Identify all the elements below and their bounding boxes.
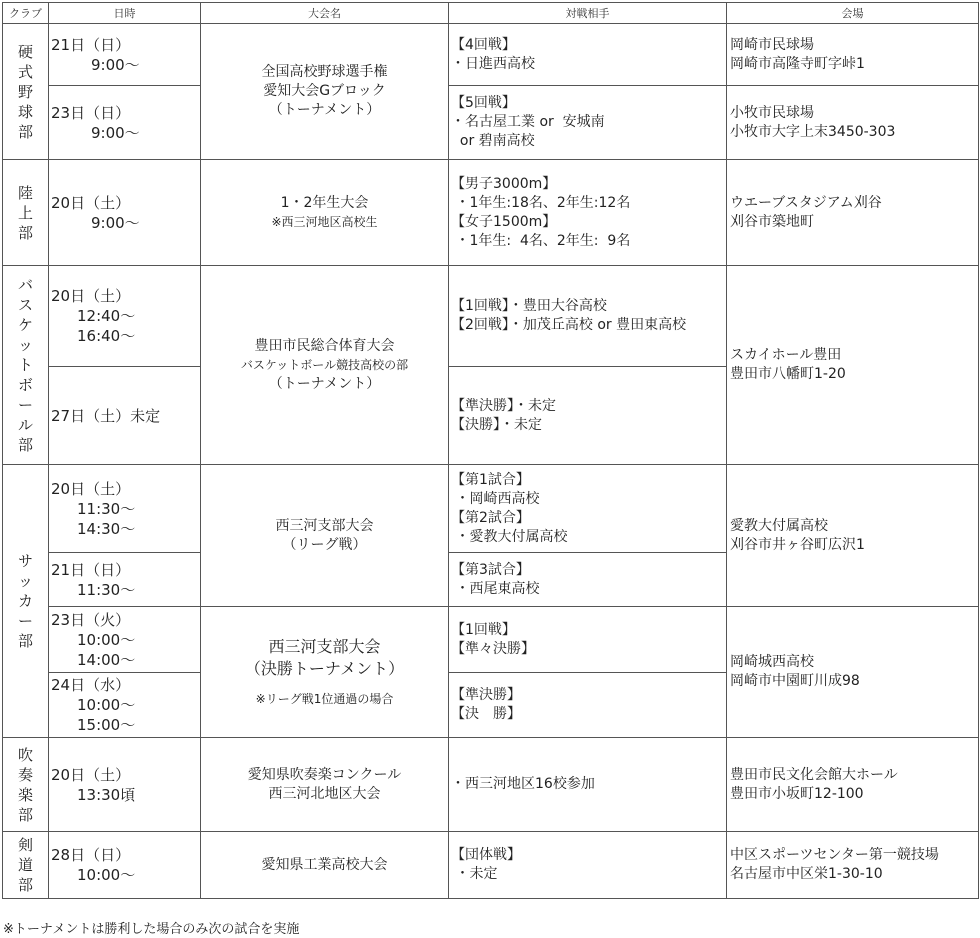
venue-cell: 豊田市民文化会館大ホール 豊田市小坂町12-100: [727, 738, 979, 832]
club-basketball: バ ス ケ ッ ト ボ ー ル 部: [3, 266, 49, 465]
datetime-cell: 23日（日）9:00～: [49, 86, 201, 160]
header-datetime: 日時: [49, 3, 201, 24]
venue-cell: ウエーブスタジアム刈谷 刈谷市築地町: [727, 160, 979, 266]
table-row: 陸 上 部 20日（土）9:00～ 1・2年生大会 ※西三河地区高校生 【男子3…: [3, 160, 979, 266]
venue-cell: スカイホール豊田 豊田市八幡町1-20: [727, 266, 979, 465]
club-track: 陸 上 部: [3, 160, 49, 266]
table-row: バ ス ケ ッ ト ボ ー ル 部 20日（土）12:40～16:40～ 豊田市…: [3, 266, 979, 367]
opponent-cell: 【1回戦】 【準々決勝】: [449, 607, 727, 673]
opponent-cell: 【団体戦】 ・未定: [449, 832, 727, 899]
event-cell: 愛知県工業高校大会: [201, 832, 449, 899]
header-event: 大会名: [201, 3, 449, 24]
venue-cell: 愛教大付属高校 刈谷市井ヶ谷町広沢1: [727, 465, 979, 607]
opponent-cell: 【準決勝】 【決 勝】: [449, 673, 727, 738]
opponent-cell: 【4回戦】 ・日進西高校: [449, 24, 727, 86]
header-club: クラブ: [3, 3, 49, 24]
table-row: サ ッ カ ー 部 20日（土）11:30～14:30～ 西三河支部大会 （リー…: [3, 465, 979, 553]
datetime-cell: 24日（水）10:00～15:00～: [49, 673, 201, 738]
event-cell: 1・2年生大会 ※西三河地区高校生: [201, 160, 449, 266]
opponent-cell: 【1回戦】・豊田大谷高校 【2回戦】・加茂丘高校 or 豊田東高校: [449, 266, 727, 367]
footnote: ※トーナメントは勝利した場合のみ次の試合を実施: [3, 918, 299, 937]
event-cell: 愛知県吹奏楽コンクール 西三河北地区大会: [201, 738, 449, 832]
event-cell: 西三河支部大会 （リーグ戦）: [201, 465, 449, 607]
opponent-cell: ・西三河地区16校参加: [449, 738, 727, 832]
schedule-table: クラブ 日時 大会名 対戦相手 会場 硬 式 野 球 部 21日（日）9:00～…: [2, 2, 979, 899]
event-cell: 西三河支部大会 （決勝トーナメント） ※リーグ戦1位通過の場合: [201, 607, 449, 738]
datetime-cell: 27日（土）未定: [49, 367, 201, 465]
opponent-cell: 【男子3000m】 ・1年生:18名、2年生:12名 【女子1500m】 ・1年…: [449, 160, 727, 266]
table-row: 硬 式 野 球 部 21日（日）9:00～ 全国高校野球選手権 愛知大会Gブロッ…: [3, 24, 979, 86]
event-cell: 豊田市民総合体育大会 バスケットボール競技高校の部 （トーナメント）: [201, 266, 449, 465]
venue-cell: 中区スポーツセンター第一競技場 名古屋市中区栄1-30-10: [727, 832, 979, 899]
venue-cell: 岡崎城西高校 岡崎市中園町川成98: [727, 607, 979, 738]
datetime-cell: 21日（日）9:00～: [49, 24, 201, 86]
opponent-cell: 【第3試合】 ・西尾東高校: [449, 553, 727, 607]
table-row: 23日（火）10:00～14:00～ 西三河支部大会 （決勝トーナメント） ※リ…: [3, 607, 979, 673]
venue-cell: 岡崎市民球場 岡崎市高隆寺町字峠1: [727, 24, 979, 86]
datetime-cell: 20日（土）9:00～: [49, 160, 201, 266]
club-kendo: 剣 道 部: [3, 832, 49, 899]
header-opponent: 対戦相手: [449, 3, 727, 24]
datetime-cell: 20日（土）12:40～16:40～: [49, 266, 201, 367]
opponent-cell: 【第1試合】 ・岡崎西高校 【第2試合】 ・愛教大付属高校: [449, 465, 727, 553]
datetime-cell: 23日（火）10:00～14:00～: [49, 607, 201, 673]
datetime-cell: 21日（日）11:30～: [49, 553, 201, 607]
datetime-cell: 20日（土）13:30頃: [49, 738, 201, 832]
venue-cell: 小牧市民球場 小牧市大字上末3450-303: [727, 86, 979, 160]
club-band: 吹 奏 楽 部: [3, 738, 49, 832]
datetime-cell: 20日（土）11:30～14:30～: [49, 465, 201, 553]
table-row: 吹 奏 楽 部 20日（土）13:30頃 愛知県吹奏楽コンクール 西三河北地区大…: [3, 738, 979, 832]
datetime-cell: 28日（日）10:00～: [49, 832, 201, 899]
table-row: 23日（日）9:00～ 【5回戦】 ・名古屋工業 or 安城南 or 碧南高校 …: [3, 86, 979, 160]
opponent-cell: 【準決勝】・未定 【決勝】・未定: [449, 367, 727, 465]
event-cell: 全国高校野球選手権 愛知大会Gブロック （トーナメント）: [201, 24, 449, 160]
header-venue: 会場: [727, 3, 979, 24]
club-baseball: 硬 式 野 球 部: [3, 24, 49, 160]
club-soccer: サ ッ カ ー 部: [3, 465, 49, 738]
table-row: 剣 道 部 28日（日）10:00～ 愛知県工業高校大会 【団体戦】 ・未定 中…: [3, 832, 979, 899]
header-row: クラブ 日時 大会名 対戦相手 会場: [3, 3, 979, 24]
opponent-cell: 【5回戦】 ・名古屋工業 or 安城南 or 碧南高校: [449, 86, 727, 160]
